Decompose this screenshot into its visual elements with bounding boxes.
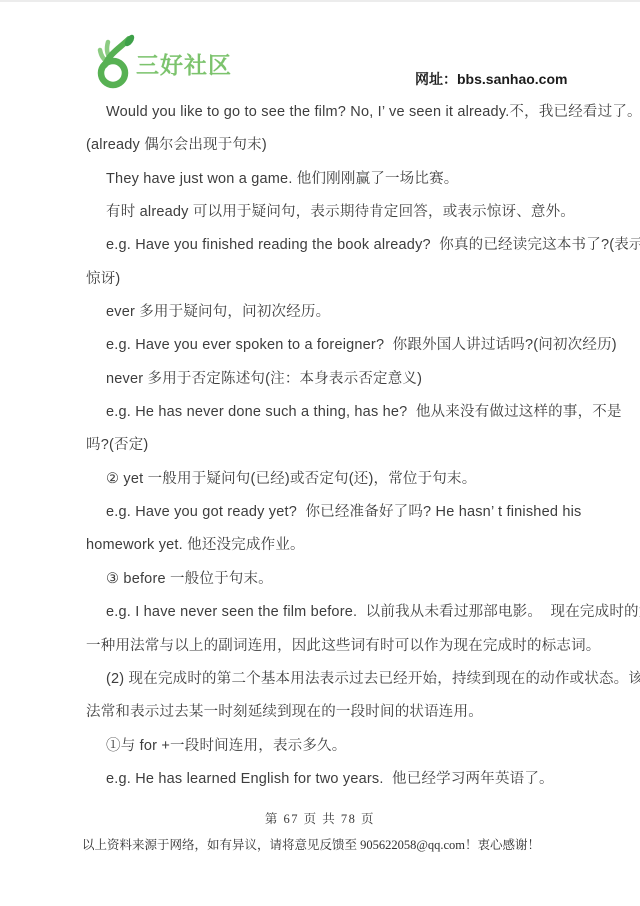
document-line: homework yet. 他还没完成作业。 [86, 529, 564, 562]
document-line: They have just won a game. 他们刚刚赢了一场比赛。 [86, 163, 564, 196]
document-body: Would you like to go to see the film? No… [86, 96, 564, 796]
document-line: e.g. He has never done such a thing, has… [86, 396, 564, 429]
ok-hand-sprout-icon [93, 33, 137, 91]
scan-edge [0, 0, 640, 2]
document-line: e.g. He has learned English for two year… [86, 763, 564, 796]
brand-logo-text: 三好社区 [136, 53, 232, 78]
document-line: ② yet 一般用于疑问句(已经)或否定句(还)，常位于句末。 [86, 463, 564, 496]
document-page: 三好社区 网址：bbs.sanhao.com Would you like to… [0, 0, 640, 906]
document-line: e.g. Have you finished reading the book … [86, 229, 564, 262]
document-line: ③ before 一般位于句末。 [86, 563, 564, 596]
document-line: ①与 for +一段时间连用，表示多久。 [86, 730, 564, 763]
document-line: (already 偶尔会出现于句末) [86, 129, 564, 162]
document-line: Would you like to go to see the film? No… [86, 96, 564, 129]
document-line: ever 多用于疑问句，问初次经历。 [86, 296, 564, 329]
document-line: (2) 现在完成时的第二个基本用法表示过去已经开始，持续到现在的动作或状态。该用 [86, 663, 564, 696]
document-line: 吗?(否定) [86, 429, 564, 462]
document-line: e.g. I have never seen the film before. … [86, 596, 564, 629]
document-line: 法常和表示过去某一时刻延续到现在的一段时间的状语连用。 [86, 696, 564, 729]
document-line: 有时 already 可以用于疑问句，表示期待肯定回答，或表示惊讶、意外。 [86, 196, 564, 229]
document-line: e.g. Have you got ready yet? 你已经准备好了吗? H… [86, 496, 564, 529]
page-number: 第 67 页 共 78 页 [0, 809, 640, 827]
document-line: 一种用法常与以上的副词连用，因此这些词有时可以作为现在完成时的标志词。 [86, 630, 564, 663]
disclaimer-note: 以上资料来源于网络，如有异议，请将意见反馈至 905622058@qq.com！… [82, 835, 540, 853]
site-url-label: 网址：bbs.sanhao.com [415, 71, 567, 88]
document-line: 惊讶) [86, 263, 564, 296]
document-line: never 多用于否定陈述句(注：本身表示否定意义) [86, 363, 564, 396]
document-line: e.g. Have you ever spoken to a foreigner… [86, 329, 564, 362]
